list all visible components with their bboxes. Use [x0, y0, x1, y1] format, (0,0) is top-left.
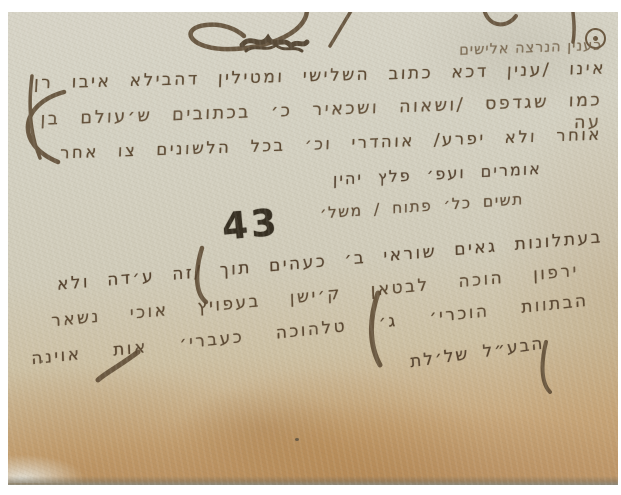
top-loop-flourish — [191, 12, 307, 49]
ink-scribble — [242, 38, 307, 46]
manuscript-line-1: כענין הנרצה אלישים — [414, 37, 603, 62]
page-edge-shadow — [8, 476, 618, 485]
folio-number: 43 — [220, 201, 281, 249]
manuscript-line-5: אומרים ועפ׳ פלץ יהין — [270, 159, 542, 193]
ink-scribble-2 — [246, 45, 302, 51]
manuscript-photo: כענין הנרצה אלישים אינו /ענין דכא כתוב ה… — [8, 12, 618, 485]
ink-speck — [40, 360, 43, 363]
circled-dot-center — [593, 36, 599, 42]
top-right-curve — [484, 12, 516, 24]
page-background: { "photo": { "description": "Photograph … — [0, 0, 621, 495]
ink-speck — [295, 438, 299, 441]
manuscript-line-10: הבע״ל של׳לת — [393, 333, 545, 375]
manuscript-line-2: אינו /ענין דכא כתוב השלישי ומטילין דהביל… — [34, 58, 607, 94]
diagonal-slash — [330, 12, 354, 46]
manuscript-line-6: תשים כל׳ פתוח / משל׳ — [328, 190, 524, 223]
